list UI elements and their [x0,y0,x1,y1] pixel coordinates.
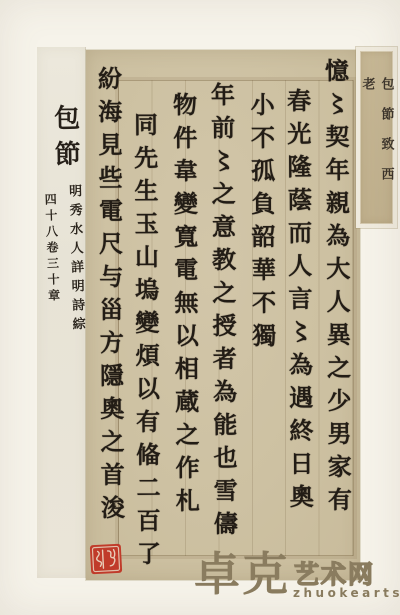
watermark-logo-suffix: 艺术网 [294,562,375,588]
artwork-photo: 憶〻契年親為大人異之少男家有 春光隆蔭而人言〻為遇終日奧 小不孤負韶華不獨 年前… [0,0,400,615]
title-slip-field: 包節致西老 [360,51,393,224]
annotation-note-left: 四十八卷三十章 [39,193,63,306]
calligraphy-column-2: 春光隆蔭而人言〻為遇終日奧 [280,88,317,517]
calligraphy-column-1: 憶〻契年親為大人異之少男家有 [317,58,354,520]
annotation-note-right: 明秀水人詳明詩綜 [61,184,87,337]
watermark: 卓克 艺术网 zhuokearts.com [194,552,394,610]
seal-graphic [89,543,123,575]
title-slip: 包節致西老 [356,47,397,228]
calligraphy-column-6: 同先生玉山塢變煩以有偹二百了 [126,112,163,574]
calligraphy-column-3: 小不孤負韶華不獨 [243,92,279,356]
title-slip-text: 包節致西老 [358,51,396,224]
artist-seal [89,543,123,575]
calligraphy-column-5: 物件韋變寬電無以相蔵之作札 [166,92,203,521]
watermark-domain-row: zhuokearts.com [290,586,394,600]
calligraphy-column-4: 年前〻之意教之授者為能也雪儔 [203,82,240,544]
annotation-artist-name: 包節 [47,104,84,177]
watermark-domain: zhuokearts.com [293,586,400,600]
watermark-logo-text: 卓克 [194,552,290,596]
calligraphy-column-7: 紛海見些電尺与甾方隱奧之首浚 [90,66,127,528]
